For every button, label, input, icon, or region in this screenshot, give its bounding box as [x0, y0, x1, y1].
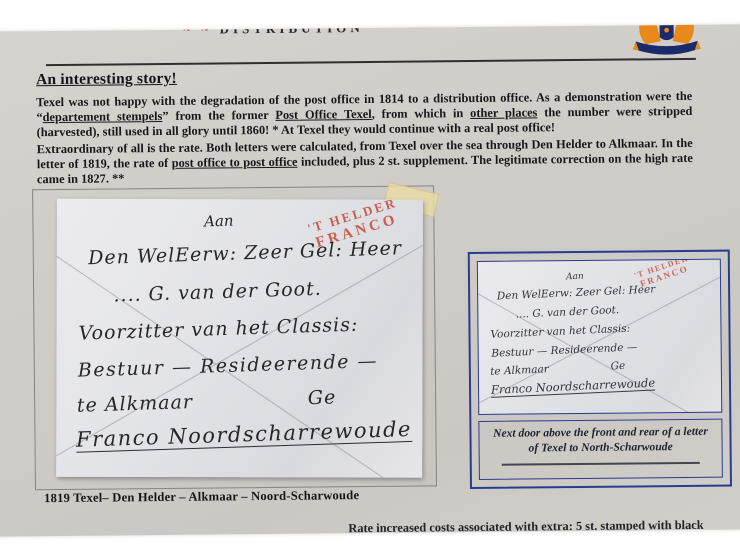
address-line-text: Franco Noordscharrewoude — [491, 376, 656, 398]
letter-envelope: 'T HELDER FRANCO Aan Den WelEerw: Zeer G… — [56, 199, 423, 478]
footer-note: Rate increased costs associated with ext… — [348, 518, 703, 536]
letter-caption: 1819 Texel– Den Helder – Alkmaar – Noord… — [44, 488, 359, 506]
address-line: te AlkmaarGe — [77, 384, 421, 417]
story-paragraph-2: Extraordinary of all is the rate. Both l… — [37, 136, 693, 188]
inset-box: 'T HELDER FRANCO Aan Den WelEerw: Zeer G… — [468, 250, 732, 490]
inset-caption-rule — [501, 462, 700, 466]
inset-caption-box: Next door above the front and rear of a … — [478, 419, 723, 480]
clipped-title-text: DISTRIBUTION — [220, 24, 364, 36]
story-heading: An interesting story! — [36, 70, 177, 89]
address-line: .... G. van der Goot. — [515, 300, 717, 321]
clipped-page-title: ~ ~ DISTRIBUTION — [184, 24, 414, 36]
inset-caption: Next door above the front and rear of a … — [487, 425, 713, 456]
story-text: Texel was not happy with the degradation… — [36, 89, 693, 190]
coat-of-arms-icon — [632, 24, 702, 62]
clipped-title-prefix: ~ ~ — [184, 24, 213, 36]
address-line: .... G. van der Goot. — [113, 275, 417, 307]
address-line: Aan — [204, 206, 414, 231]
address-line: Den WelEerw: Zeer Gel: Heer — [497, 281, 717, 303]
address-line-text: te Alkmaar — [77, 391, 194, 417]
address-line: Voorzitter van het Classis: — [78, 312, 418, 345]
inset-letter-thumbnail: 'T HELDER FRANCO Aan Den WelEerw: Zeer G… — [477, 259, 722, 415]
address-line-text: te Alkmaar — [490, 363, 549, 378]
divider-rule — [46, 58, 696, 66]
handwritten-address: Aan Den WelEerw: Zeer Gel: Heer .... G. … — [69, 206, 421, 452]
address-line: Franco Noordscharrewoude — [76, 417, 422, 452]
album-page-photo: ~ ~ DISTRIBUTION An interesting story! T… — [0, 24, 740, 536]
address-line: Voorzitter van het Classis: — [490, 319, 718, 341]
address-line-text: Franco Noordscharrewoude — [76, 417, 413, 453]
address-line: Aan — [566, 266, 716, 283]
address-aside: Ge — [610, 360, 625, 373]
inset-handwritten-address: Aan Den WelEerw: Zeer Gel: Heer .... G. … — [486, 266, 721, 397]
story-paragraph-1: Texel was not happy with the degradation… — [36, 89, 692, 141]
address-line: Bestuur — Resideerende — — [77, 349, 419, 382]
address-aside: Ge — [307, 386, 336, 409]
address-line: Den WelEerw: Zeer Gel: Heer — [88, 237, 416, 270]
